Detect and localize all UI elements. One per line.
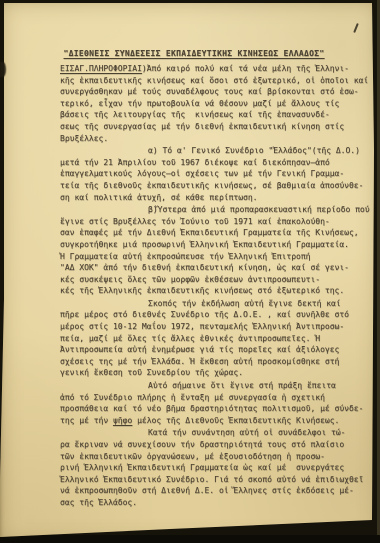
text-segment: μετά τήν 21 Ἀπριλίου τοῦ 1967 διέκοψε κα… — [60, 158, 330, 167]
text-segment: κές συσκέψεις ὅλες τῶν μορφῶν ἐκθέσεων ἀ… — [60, 275, 320, 284]
text-segment: ἐπαγγελματικούς λόγους—οἱ σχέσεις των μέ… — [60, 169, 344, 178]
text-line: συγκροτήθηκε μιά προσωρινή Ἑλληνική Ἐκπα… — [60, 239, 328, 251]
text-line: τῶν ἐκπαιδευτικῶν ὀργανώσεων, μέ ἐξουσιο… — [60, 451, 328, 463]
text-segment: πεία, μαζί μέ ὅλες τίς ἄλλες ἐθνικές ἀντ… — [60, 334, 320, 343]
text-line: β)Ὕστερα ἀπό μιά προπαρασκευαστική περίο… — [60, 204, 328, 216]
text-line: κές συσκέψεις ὅλες τῶν μορφῶν ἐκθέσεων ἀ… — [60, 274, 328, 286]
text-segment: σεως τῆς συνεργασίας μέ τήν διεθνή ἐκπαι… — [60, 122, 344, 131]
text-line: ἐπαγγελματικούς λόγους—οἱ σχέσεις των μέ… — [60, 168, 328, 180]
paragraph: α) Τό α' Γενικό Συνέδριο "Ἑλλάδος"(τῆς Δ… — [60, 145, 328, 203]
text-segment: Ἡ Γραμματεία αὐτή ἐκπροσώπευσε τήν Ἑλλην… — [60, 252, 310, 261]
text-line: της μέ τήν ψῆφο μέλος τῆς Διεθνοῦς Ἐκπαι… — [60, 415, 328, 427]
text-segment: α) Τό α' Γενικό Συνέδριο "Ἑλλάδος"(τῆς Δ… — [148, 146, 360, 155]
text-line: Ἑλληνικό Ἐκπαιδευτικό Συνέδριο. Γιά τό σ… — [60, 474, 328, 486]
text-line: γενική ἔκθεση τοῦ Συνεδρίου τῆς χώρας. — [60, 367, 328, 379]
text-segment: "ΑΔ ΧΟΚ" ἀπό τήν διεθνή ἐκπαιδευτική κίν… — [60, 263, 349, 272]
text-segment: ρινή Ἑλληνική Ἐκπαιδευτική Γραμματεία ὡς… — [60, 463, 344, 472]
text-line: Ἡ Γραμματεία αὐτή ἐκπροσώπευσε τήν Ἑλλην… — [60, 251, 328, 263]
text-line: Σκοπός τήν ἐκδήλωση αὐτή ἔγινε δεκτή καί — [60, 298, 328, 310]
text-segment: Ἀντιπροσωπεία αὐτή ἐνημέρωσε γιά τίς πορ… — [60, 345, 339, 354]
text-line: τεία τῆς διεθνοῦς ἐκπαιδευτικῆς κινήσεως… — [60, 180, 328, 192]
text-line: κῆς ἐκπαιδευτικῆς κινήσεως καί ὅσοι στό … — [60, 75, 328, 87]
underlined-text: ΕΙΣΑΓ.ΠΛΗΡΟΦΟΡΙΑΙ — [60, 64, 142, 73]
text-line: συνεργάσθηκαν μέ τούς συναδέλφους τους κ… — [60, 86, 328, 98]
text-segment: νά ἐκπροσωπηθοῦν στή Διεθνή Δ.Ε. οἱ Ἕλλη… — [60, 486, 354, 495]
text-segment: Αὐτό σήμαινε ὅτι ἔγινε στή πράξη ἔπειτα — [148, 381, 336, 390]
text-line: ρινή Ἑλληνική Ἐκπαιδευτική Γραμματεία ὡς… — [60, 462, 328, 474]
paragraph: Αὐτό σήμαινε ὅτι ἔγινε στή πράξη ἔπειταἀ… — [60, 380, 328, 426]
text-line: ἔγινε στίς Βρυξέλλες τόν Ἰούνιο τοῦ 1971… — [60, 216, 328, 228]
text-segment: Βρυξέλλες. — [60, 134, 108, 143]
document-title: "ΔΙΕΘΝΕΙΣ ΣΥΝΔΕΣΕΙΣ ΕΚΠΑΙΔΕΥΤΙΚΗΣ ΚΙΝΗΣΕ… — [60, 48, 328, 60]
text-segment: ἔγινε στίς Βρυξέλλες τόν Ἰούνιο τοῦ 1971… — [60, 217, 330, 226]
text-segment: συνεργάσθηκαν μέ τούς συναδέλφους τους κ… — [60, 87, 359, 96]
text-line: ΕΙΣΑΓ.ΠΛΗΡΟΦΟΡΙΑΙ)Ἀπό καιρό πολύ καί τά … — [60, 63, 328, 75]
paragraph: ΕΙΣΑΓ.ΠΛΗΡΟΦΟΡΙΑΙ)Ἀπό καιρό πολύ καί τά … — [60, 63, 328, 144]
text-segment: τεία τῆς διεθνοῦς ἐκπαιδευτικῆς κινήσεως… — [60, 181, 363, 190]
text-segment: )Ἀπό καιρό πολύ καί τά νέα μέλη τῆς Ἑλλη… — [142, 64, 349, 73]
document-body: ΕΙΣΑΓ.ΠΛΗΡΟΦΟΡΙΑΙ)Ἀπό καιρό πολύ καί τά … — [60, 63, 328, 509]
text-line: κές τῆς Ἑλληνικῆς ἐκπαιδευτικῆς κινήσεως… — [60, 285, 328, 297]
text-line: νά ἐκπροσωπηθοῦν στή Διεθνή Δ.Ε. οἱ Ἕλλη… — [60, 485, 328, 497]
text-line: τερικό, εἶχαν τήν πρωτοβουλία νά θέσουν … — [60, 98, 328, 110]
text-segment: ἀπό τό Συνέδριο πλήρης ἡ ἔνταξη μέ συνερ… — [60, 393, 325, 402]
paragraph: β)Ὕστερα ἀπό μιά προπαρασκευαστική περίο… — [60, 204, 328, 297]
text-segment: κές τῆς Ἑλληνικῆς ἐκπαιδευτικῆς κινήσεως… — [60, 286, 344, 295]
text-line: πῆρε μέρος στό διεθνές Συνέδριο τῆς Δ.Ο.… — [60, 309, 328, 321]
text-line: σας τῆς Ἑλλάδος. — [60, 497, 328, 509]
text-segment: β)Ὕστερα ἀπό μιά προπαρασκευαστική περίο… — [148, 205, 370, 214]
text-line: "ΑΔ ΧΟΚ" ἀπό τήν διεθνή ἐκπαιδευτική κίν… — [60, 262, 328, 274]
text-segment: πῆρε μέρος στό διεθνές Συνέδριο τῆς Δ.Ο.… — [60, 310, 349, 319]
text-line: ρα ἔκριναν νά συνεχίσουν τήν δραστηριότη… — [60, 439, 328, 451]
text-segment: Κατά τήν συνάντηση αὐτή οἱ συνάδελφοι τώ… — [148, 428, 345, 437]
text-line: μέρος στίς 10-12 Μαΐου 1972, πενταμελής … — [60, 321, 328, 333]
text-segment: σχέσεις της μέ τήν Ἑλλάδα. Ἡ ἔκθεση αὐτή… — [60, 357, 339, 366]
text-segment: μέλος τῆς Διεθνοῦς Ἐκπαιδευτικῆς Κινήσεω… — [132, 416, 339, 425]
text-segment: τερικό, εἶχαν τήν πρωτοβουλία νά θέσουν … — [60, 99, 339, 108]
text-segment: Ἑλληνικό Ἐκπαιδευτικό Συνέδριο. Γιά τό σ… — [60, 475, 363, 484]
text-segment: ση καί πολιτικά ἀτυχῆ, σέ κάθε περίπτωση… — [60, 193, 257, 202]
text-segment: Σκοπός τήν ἐκδήλωση αὐτή ἔγινε δεκτή καί — [148, 299, 341, 308]
text-line: προσπάθεια καί τό νέο βῆμα δραστηριότητα… — [60, 403, 328, 415]
text-segment: ρα ἔκριναν νά συνεχίσουν τήν δραστηριότη… — [60, 440, 344, 449]
text-line: ἀπό τό Συνέδριο πλήρης ἡ ἔνταξη μέ συνερ… — [60, 392, 328, 404]
paragraph: Σκοπός τήν ἐκδήλωση αὐτή ἔγινε δεκτή καί… — [60, 298, 328, 379]
text-segment: κῆς ἐκπαιδευτικῆς κινήσεως καί ὅσοι στό … — [60, 76, 368, 85]
text-segment: γενική ἔκθεση τοῦ Συνεδρίου τῆς χώρας. — [60, 368, 243, 377]
text-line: σαν ἐπαφές μέ τήν Διεθνή Ἐκπαιδευτική Γρ… — [60, 227, 328, 239]
text-line: μετά τήν 21 Ἀπριλίου τοῦ 1967 διέκοψε κα… — [60, 157, 328, 169]
paragraph: Κατά τήν συνάντηση αὐτή οἱ συνάδελφοι τώ… — [60, 427, 328, 508]
text-line: α) Τό α' Γενικό Συνέδριο "Ἑλλάδος"(τῆς Δ… — [60, 145, 328, 157]
text-segment: σαν ἐπαφές μέ τήν Διεθνή Ἐκπαιδευτική Γρ… — [60, 228, 359, 237]
text-line: σχέσεις της μέ τήν Ἑλλάδα. Ἡ ἔκθεση αὐτή… — [60, 356, 328, 368]
text-segment: μέρος στίς 10-12 Μαΐου 1972, πενταμελής … — [60, 322, 344, 331]
photo-bottom-shadow — [0, 535, 380, 543]
text-line: πεία, μαζί μέ ὅλες τίς ἄλλες ἐθνικές ἀντ… — [60, 333, 328, 345]
text-line: σεως τῆς συνεργασίας μέ τήν διεθνή ἐκπαι… — [60, 121, 328, 133]
ink-blot-mark — [0, 62, 6, 77]
text-line: ση καί πολιτικά ἀτυχῆ, σέ κάθε περίπτωση… — [60, 192, 328, 204]
text-segment: σας τῆς Ἑλλάδος. — [60, 498, 137, 507]
text-line: βάσεις τῆς λειτουργίας τῆς κινήσεως καί … — [60, 109, 328, 121]
text-segment: προσπάθεια καί τό νέο βῆμα δραστηριότητα… — [60, 404, 363, 413]
text-line: Αὐτό σήμαινε ὅτι ἔγινε στή πράξη ἔπειτα — [60, 380, 328, 392]
text-line: Βρυξέλλες. — [60, 133, 328, 145]
underlined-text: ψῆφο — [113, 416, 132, 425]
text-segment: βάσεις τῆς λειτουργίας τῆς κινήσεως καί … — [60, 110, 330, 119]
text-line: Ἀντιπροσωπεία αὐτή ἐνημέρωσε γιά τίς πορ… — [60, 344, 328, 356]
text-segment: συγκροτήθηκε μιά προσωρινή Ἑλληνική Ἐκπα… — [60, 240, 349, 249]
text-line: Κατά τήν συνάντηση αὐτή οἱ συνάδελφοι τώ… — [60, 427, 328, 439]
text-segment: της μέ τήν — [60, 416, 113, 425]
text-segment: τῶν ἐκπαιδευτικῶν ὀργανώσεων, μέ ἐξουσιο… — [60, 452, 325, 461]
typewritten-text-block: "ΔΙΕΘΝΕΙΣ ΣΥΝΔΕΣΕΙΣ ΕΚΠΑΙΔΕΥΤΙΚΗΣ ΚΙΝΗΣΕ… — [60, 48, 328, 509]
